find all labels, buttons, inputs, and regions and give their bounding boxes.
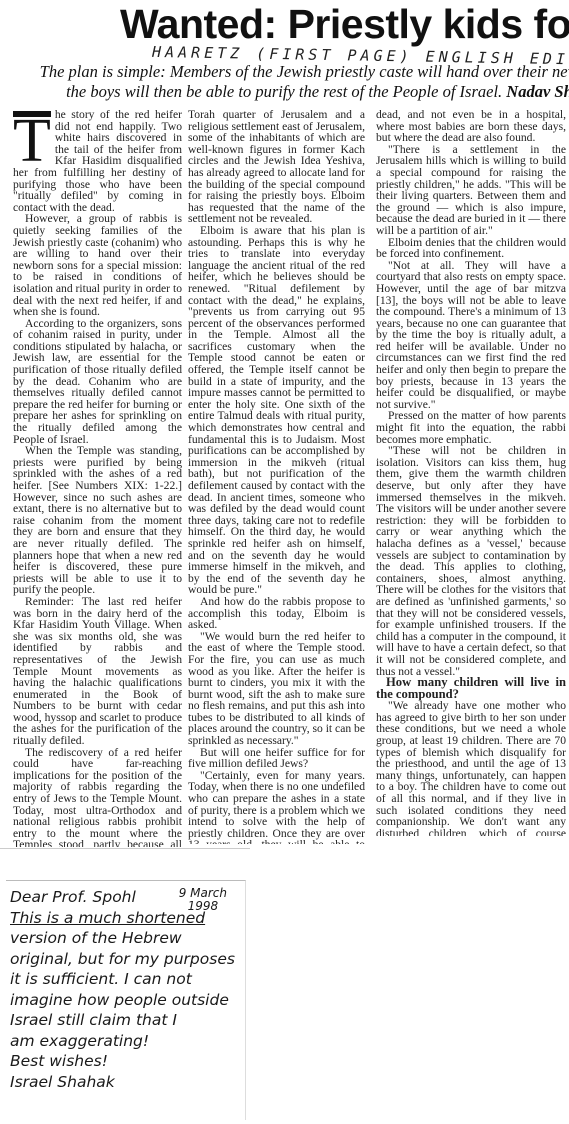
note-line: imagine how people outside [10,990,245,1011]
paragraph: Torah quarter of Jerusalem and a religio… [188,109,365,225]
paragraph: Elboim is aware that his plan is astound… [188,225,365,596]
article-deck: The plan is simple: Members of the Jewis… [0,62,569,102]
paragraph: Elboim denies that the children would be… [376,237,566,260]
paragraph: Pressed on the matter of how parents mig… [376,410,566,445]
note-line: Israel still claim that I [10,1010,245,1031]
note-line: Best wishes! [10,1051,245,1072]
paragraph: Reminder: The last red heifer was born i… [13,596,182,747]
note-line: version of the Hebrew [10,928,245,949]
paragraph: The rediscovery of a red heifer could ha… [13,747,182,847]
article-column-1: The story of the red heifer did not end … [13,109,182,847]
paragraph: "These will not be children in isolation… [376,445,566,677]
note-line: it is sufficient. I can not [10,969,245,990]
note-line: original, but for my purposes [10,949,245,970]
paragraph: "Not at all. They will have a courtyard … [376,260,566,411]
subheading: How many children will live in the compo… [376,677,566,700]
deck-line-2: the boys will then be able to purify the… [0,82,569,102]
paragraph: "Certainly, even for many years. Today, … [188,770,365,844]
paragraph: The story of the red heifer did not end … [13,109,182,213]
paragraph: "We would burn the red heifer to the eas… [188,631,365,747]
note-date-year: 1998 [179,900,227,913]
article-column-3: dead, and not even be in a hospital, whe… [376,109,566,836]
drop-cap: T [13,111,51,165]
deck-line-2-text: the boys will then be able to purify the… [66,82,502,101]
paragraph: According to the organizers, sons of coh… [13,318,182,446]
paragraph: "We already have one mother who has agre… [376,700,566,836]
paragraph: And how do the rabbis propose to accompl… [188,596,365,631]
note-date: 9 March 1998 [179,887,227,913]
article-column-2: Torah quarter of Jerusalem and a religio… [188,109,365,844]
note-signature: Israel Shahak [10,1072,245,1093]
headline: Wanted: Priestly kids fo [120,2,569,46]
deck-line-1: The plan is simple: Members of the Jewis… [0,62,569,82]
paragraph: dead, and not even be in a hospital, whe… [376,109,566,144]
paragraph: When the Temple was standing, priests we… [13,445,182,596]
note-line: am exaggerating! [10,1031,245,1052]
paragraph: However, a group of rabbis is quietly se… [13,213,182,317]
clipping-edge [0,848,250,849]
byline: Nadav Shraga [506,82,569,101]
handwritten-note: 9 March 1998 Dear Prof. Spohl This is a … [6,880,246,1120]
paragraph: But will one heifer suffice for for five… [188,747,365,770]
paragraph: "There is a settlement in the Jerusalem … [376,144,566,237]
